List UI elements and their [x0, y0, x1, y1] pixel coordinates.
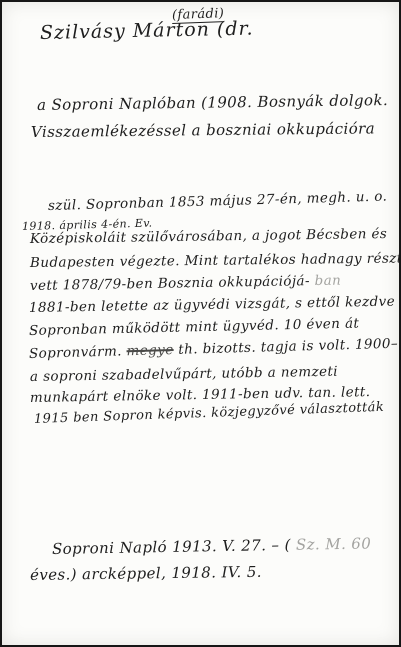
bio-line-budapest: Budapesten végezte. Mint tartalékos hadn… [30, 252, 401, 270]
bio-line-county-pre: Sopronvárm. [29, 343, 122, 362]
bio-line-county-committee: Sopronvárm. megye th. bizotts. tagja is … [29, 337, 401, 362]
source-line-2: éves.) arcképpel, 1918. IV. 5. [30, 565, 262, 583]
source-line-1-ink: Soproni Napló 1913. V. 27. – ( [52, 536, 291, 558]
press-note-line-2: Visszaemlékezéssel a boszniai okkupációr… [31, 121, 375, 140]
person-name: Szilvásy Márton (dr. [40, 20, 254, 43]
bio-line-schools: Középiskoláit szülővárosában, a jogot Bé… [30, 228, 387, 246]
bio-line-bosnia: vett 1878/79-ben Bosznia okkupációjá- ba… [30, 275, 341, 294]
bio-line-bosnia-pencil: ban [314, 273, 341, 289]
bio-line-bosnia-ink: vett 1878/79-ben Bosznia okkupációjá- [30, 273, 310, 294]
press-note-line-1: a Soproni Naplóban (1908. Bosnyák dolgok… [37, 93, 388, 113]
bio-line-county-post: th. bizotts. tagja is volt. 1900–1906. [178, 335, 401, 358]
source-line-1: Soproni Napló 1913. V. 27. – ( Sz. M. 60 [52, 536, 371, 557]
bio-line-bar-exam: 1881-ben letette az ügyvédi vizsgát, s e… [29, 296, 395, 316]
bio-line-county-struck-word: megye [126, 342, 173, 359]
bio-line-lawyer: Sopronban működött mint ügyvéd. 10 éven … [29, 318, 360, 339]
source-line-1-pencil: Sz. M. 60 [296, 534, 372, 553]
manuscript-page: (farádi) Szilvásy Márton (dr. a Soproni … [0, 0, 401, 647]
bio-line-birth: szül. Sopronban 1853 május 27-én, megh. … [48, 191, 388, 214]
bio-line-liberal-party: a soproni szabadelvűpárt, utóbb a nemzet… [30, 366, 338, 385]
